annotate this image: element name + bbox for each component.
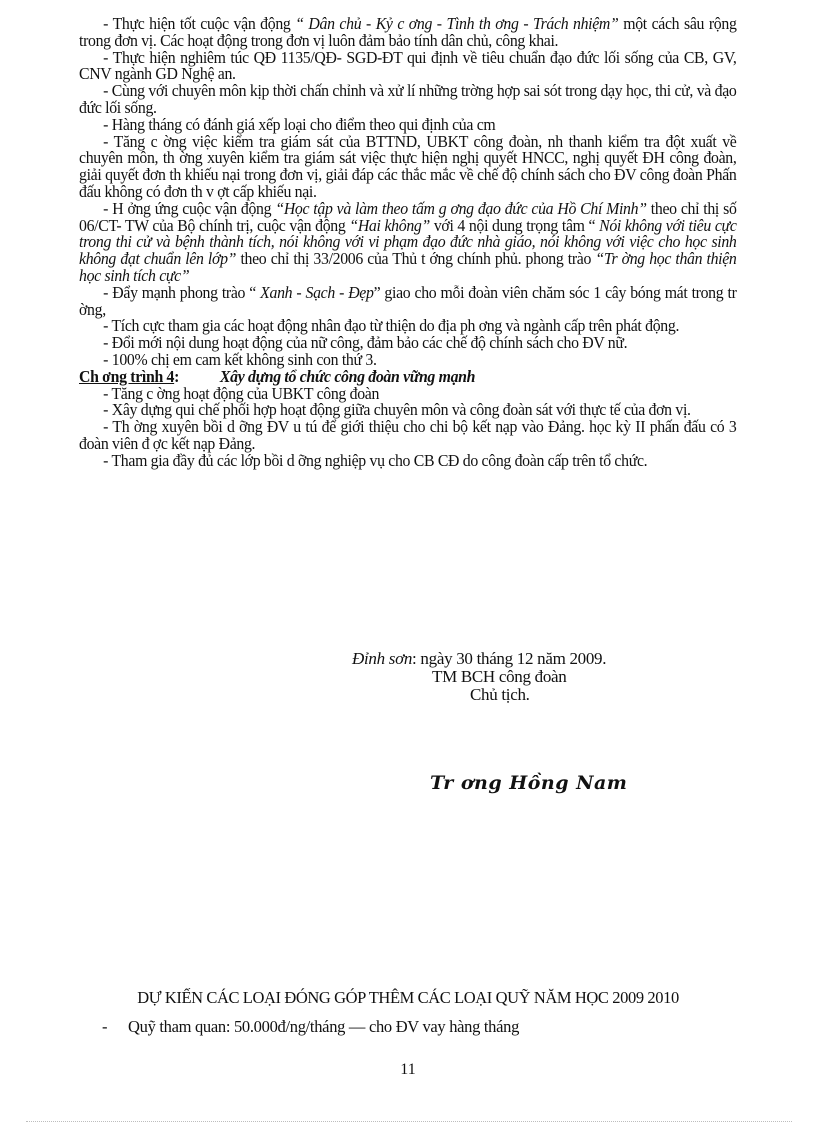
- section-paragraph-list: - Tăng c ờng hoạt động của UBKT công đoà…: [79, 386, 737, 470]
- text-run: - Thực hiện nghiêm túc QĐ 1135/QĐ- SGD-Đ…: [79, 48, 737, 84]
- bullet: -: [102, 1017, 128, 1037]
- paragraph-list: - Thực hiện tốt cuộc vận động “ Dân chủ …: [79, 16, 737, 369]
- date: : ngày 30 tháng 12 năm 2009.: [412, 649, 606, 668]
- text-run: - Cùng với chuyên môn kịp thời chấn chỉn…: [79, 81, 737, 117]
- italic-text: Xanh - Sạch - Đẹp: [260, 283, 373, 302]
- title-line: Chủ tịch.: [352, 686, 606, 704]
- document-page: - Thực hiện tốt cuộc vận động “ Dân chủ …: [0, 0, 816, 1123]
- place: Đỉnh sơn: [352, 649, 412, 668]
- paragraph: - Thực hiện nghiêm túc QĐ 1135/QĐ- SGD-Đ…: [79, 50, 737, 84]
- page-edge-divider: [26, 1121, 792, 1122]
- funds-title: DỰ KIẾN CÁC LOẠI ĐÓNG GÓP THÊM CÁC LOẠI …: [0, 988, 816, 1008]
- signer-name: Tr ơng Hồng Nam: [430, 772, 627, 794]
- text-run: theo chỉ thị 33/2006 của Thủ t ớng chính…: [236, 249, 595, 268]
- paragraph: - Đẩy mạnh phong trào “ Xanh - Sạch - Đẹ…: [79, 285, 737, 319]
- fund-item-text: Quỹ tham quan: 50.000đ/ng/tháng — cho ĐV…: [128, 1017, 519, 1036]
- text-run: - Đẩy mạnh phong trào “: [103, 283, 260, 302]
- paragraph: - Tham gia đầy đủ các lớp bồi d ỡng nghi…: [79, 453, 737, 470]
- fund-item: -Quỹ tham quan: 50.000đ/ng/tháng — cho Đ…: [102, 1017, 519, 1037]
- signature-block: Đỉnh sơn: ngày 30 tháng 12 năm 2009. TM …: [352, 650, 606, 704]
- text-run: - Tăng c ờng việc kiểm tra giám sát của …: [79, 132, 737, 201]
- paragraph: - Tăng c ờng việc kiểm tra giám sát của …: [79, 134, 737, 201]
- paragraph: - H ởng ứng cuộc vận động “Học tập và là…: [79, 201, 737, 285]
- paragraph: - Th ờng xuyên bồi d ỡng ĐV u tú để giới…: [79, 419, 737, 453]
- text-run: - Tham gia đầy đủ các lớp bồi d ỡng nghi…: [103, 451, 647, 470]
- paragraph: - Cùng với chuyên môn kịp thời chấn chỉn…: [79, 83, 737, 117]
- org-line: TM BCH công đoàn: [352, 668, 606, 686]
- place-date-line: Đỉnh sơn: ngày 30 tháng 12 năm 2009.: [352, 650, 606, 668]
- body-text: - Thực hiện tốt cuộc vận động “ Dân chủ …: [79, 16, 737, 470]
- paragraph: - Thực hiện tốt cuộc vận động “ Dân chủ …: [79, 16, 737, 50]
- page-number: 11: [0, 1061, 816, 1079]
- text-run: - Th ờng xuyên bồi d ỡng ĐV u tú để giới…: [79, 417, 737, 453]
